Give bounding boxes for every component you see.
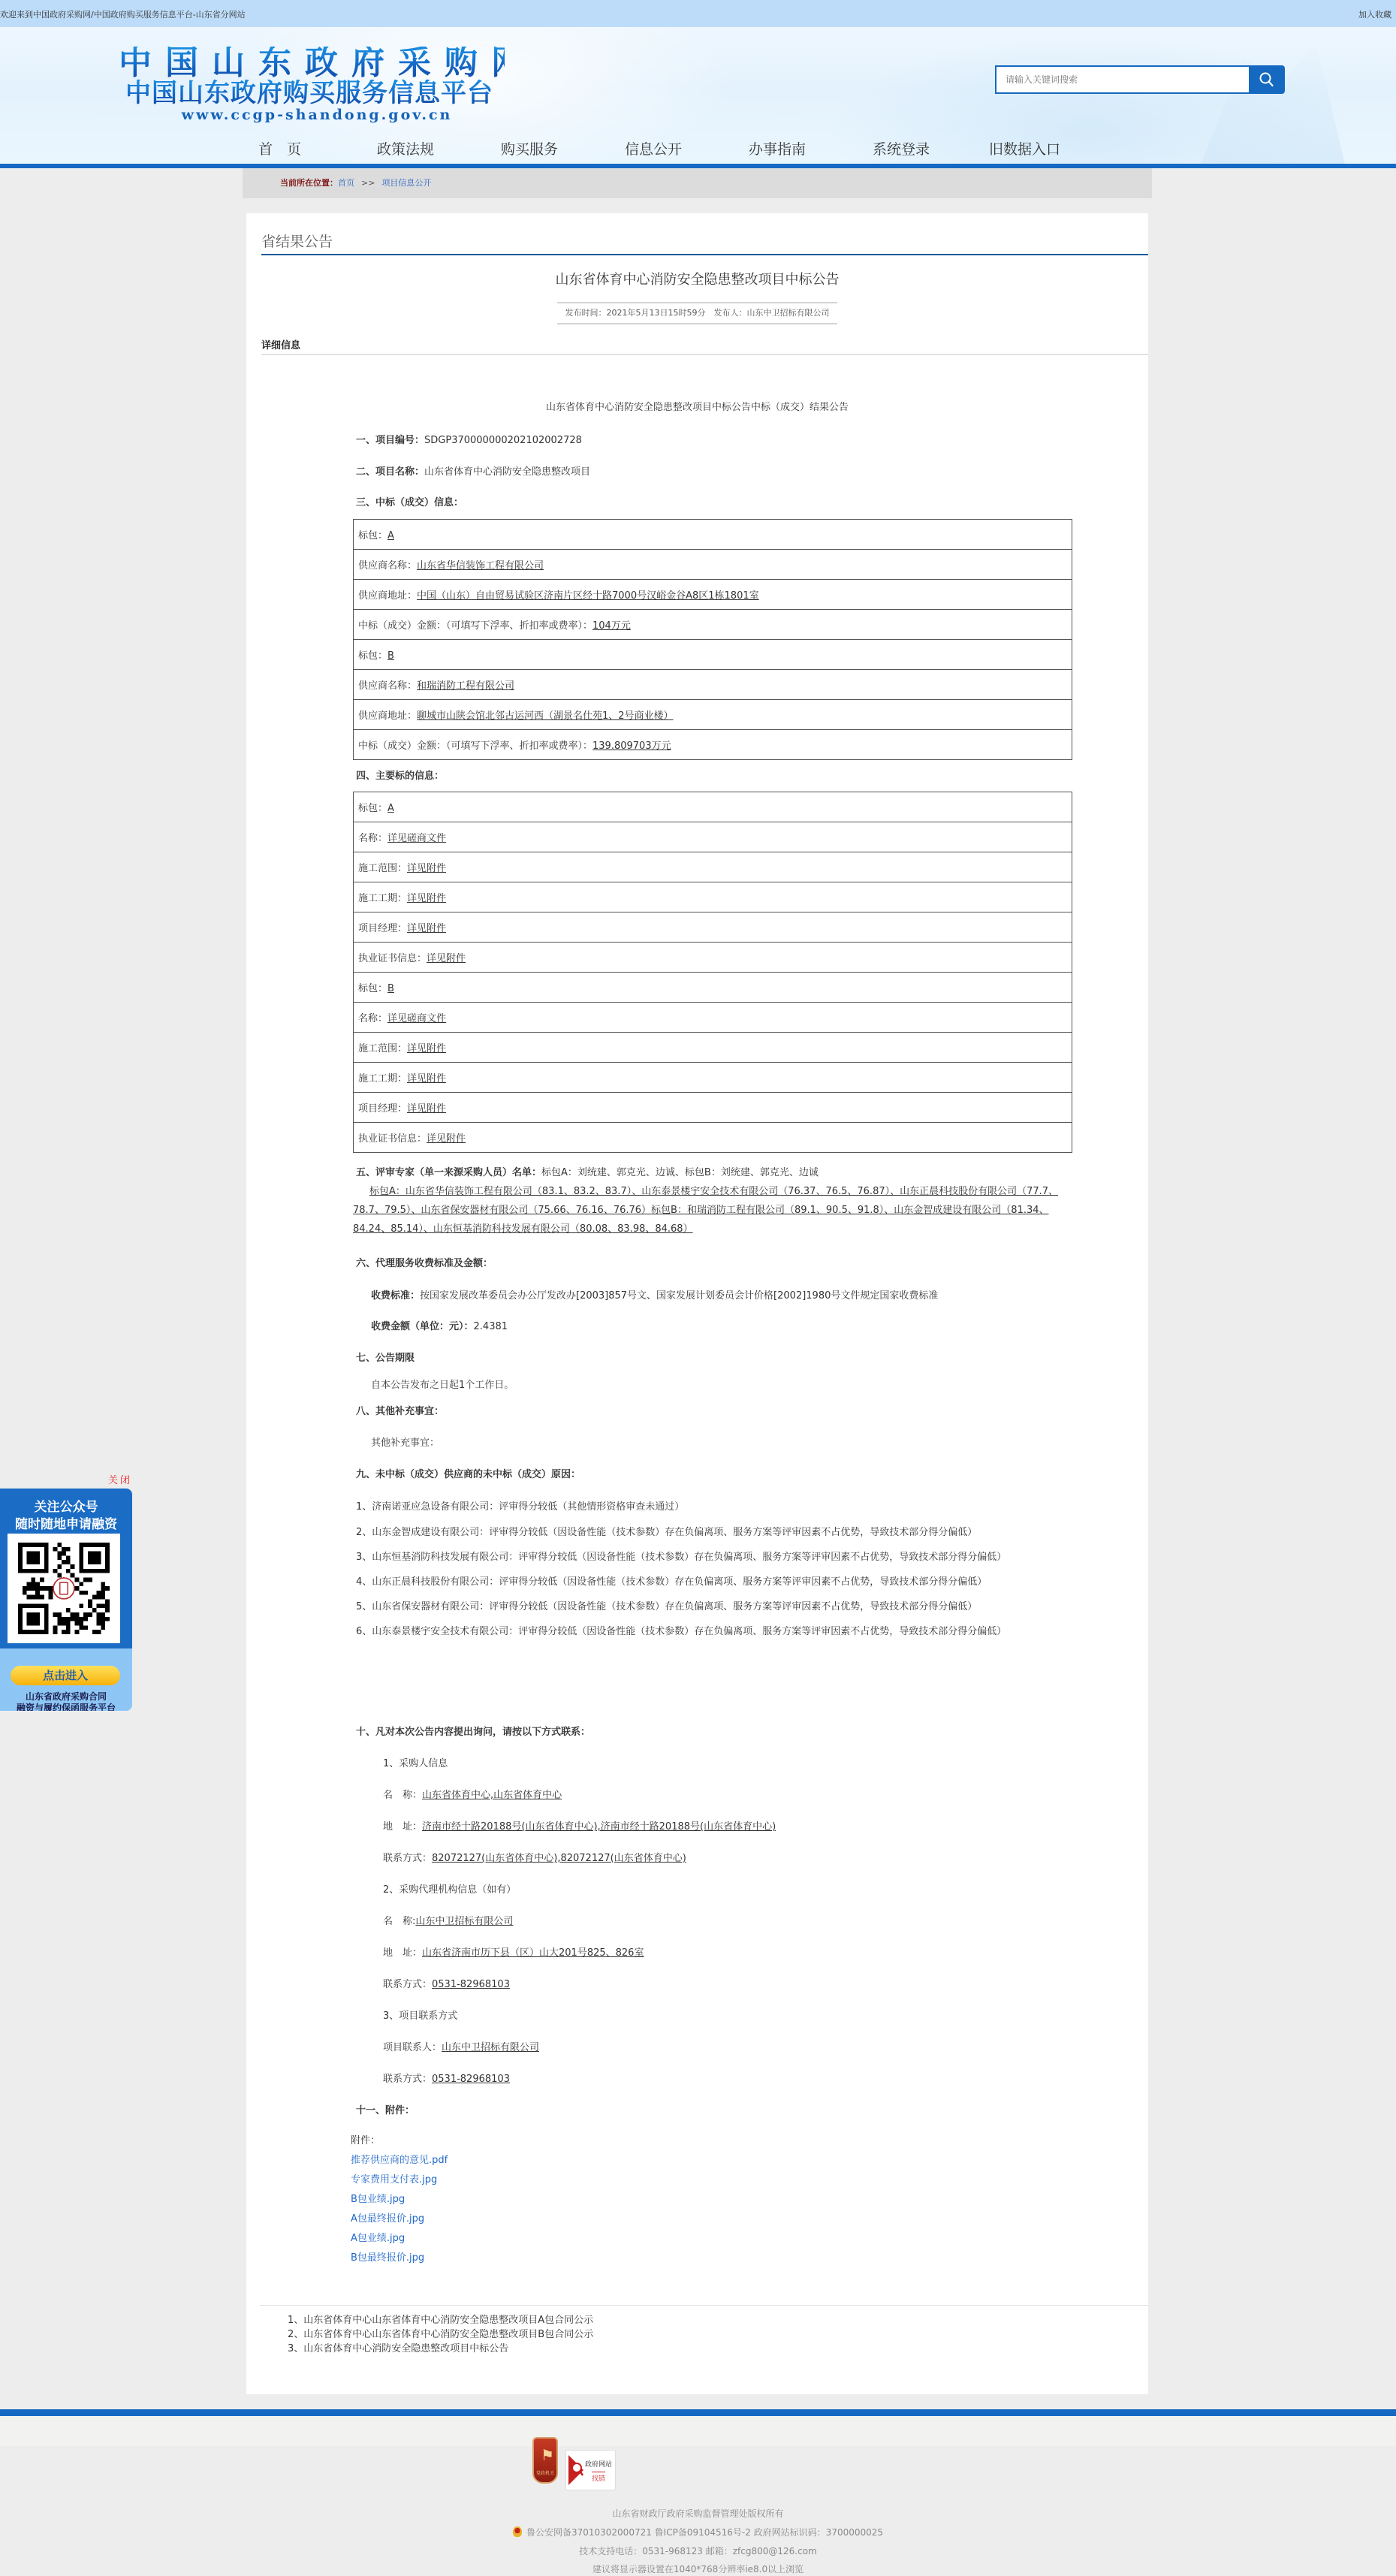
other-matters-text: 其他补充事宜： [371,1434,439,1449]
detail-heading: 详细信息 [261,337,1148,355]
publish-meta: 发布时间：2021年5月13日15时59分 发布人：山东中卫招标有限公司 [557,302,837,324]
police-badge-icon [513,2526,522,2537]
agency-contact: 联系方式：0531-82968103 [383,1976,510,1990]
row-value: 详见附件 [407,893,446,904]
logo-url: www.ccgp-shandong.gov.cn [129,107,505,123]
row-value: 详见磋商文件 [387,833,446,844]
search-bar [995,65,1285,94]
row-value: 详见附件 [407,1043,446,1054]
agency-fee-heading: 六、代理服务收费标准及金额： [356,1255,493,1269]
page-title: 山东省体育中心消防安全隐患整改项目中标公告 [246,269,1148,288]
agency-address: 地 址：山东省济南市历下县（区）山大201号825、826室 [383,1944,644,1959]
row-value: 详见附件 [407,1103,446,1115]
nav-home[interactable]: 首 页 [258,138,301,158]
table-cell: 执业证书信息：详见附件 [354,1123,1072,1153]
row-label: 项目经理： [358,1103,407,1115]
row-label: 名称： [358,833,387,844]
site-footer: 山东省财政厅政府采购监督管理处版权所有 鲁公安网备37010302000721 … [0,2446,1396,2576]
section-title: 省结果公告 [261,231,1148,255]
row-value: 中国（山东）自由贸易试验区济南片区经十路7000号汉峪金谷A8区1栋1801室 [417,590,759,602]
row-label: 标包： [358,650,387,662]
subject-row: 名称：详见磋商文件 [354,1003,1072,1033]
project-name-value: 山东省体育中心消防安全隐患整改项目 [424,466,590,478]
nav-purchase-service[interactable]: 购买服务 [501,138,558,158]
row-value: 139.809703万元 [592,741,671,752]
top-strip: 欢迎来到中国政府采购网/中国政府购买服务信息平台-山东省分网站 加入收藏 [0,0,1396,27]
ad-close-button[interactable]: 关闭 [108,1472,132,1486]
footer-record: 鲁公安网备37010302000721 鲁ICP备09104516号-2 政府网… [0,2526,1396,2538]
row-value: 和瑞消防工程有限公司 [417,680,514,692]
purchaser-name-label: 名 称： [383,1790,422,1801]
row-label: 施工工期： [358,893,407,904]
fee-amount-label: 收费金额（单位：元）： [371,1321,474,1332]
table-cell: 施工范围：详见附件 [354,852,1072,882]
award-row: 供应商名称：和瑞消防工程有限公司 [354,670,1072,700]
attachment-link[interactable]: B包最终报价.jpg [351,2249,424,2264]
site-header: 中国山东政府采购网 中国山东政府购买服务信息平台 www.ccgp-shando… [0,27,1396,164]
table-cell: 项目经理：详见附件 [354,912,1072,943]
agency-name-value: 山东中卫招标有限公司 [415,1916,513,1927]
footer-copyright: 山东省财政厅政府采购监督管理处版权所有 [0,2507,1396,2520]
row-label: 中标（成交）金额：（可填写下浮率、折扣率或费率）： [358,741,592,752]
purchaser-contact-value: 82072127(山东省体育中心),82072127(山东省体育中心) [432,1853,686,1864]
ad-title: 关注公众号 [0,1496,132,1515]
table-cell: 施工工期：详见附件 [354,1063,1072,1093]
search-icon [1259,71,1275,88]
content-panel: 省结果公告 山东省体育中心消防安全隐患整改项目中标公告 发布时间：2021年5月… [246,213,1148,2394]
attachment-link[interactable]: B包业绩.jpg [351,2191,405,2205]
subject-table: 标包：A名称：详见磋商文件施工范围：详见附件施工工期：详见附件项目经理：详见附件… [353,792,1072,1153]
table-cell: 中标（成交）金额：（可填写下浮率、折扣率或费率）：139.809703万元 [354,730,1072,760]
qr-code [8,1534,120,1643]
attachment-link[interactable]: 推荐供应商的意见.pdf [351,2152,448,2166]
subject-row: 执业证书信息：详见附件 [354,943,1072,973]
row-label: 标包： [358,803,387,814]
experts-label: 五、评审专家（单一来源采购人员）名单： [356,1167,541,1178]
subject-row: 项目经理：详见附件 [354,912,1072,943]
purchaser-address-label: 地 址： [383,1821,422,1832]
attachment-link[interactable]: A包最终报价.jpg [351,2210,424,2225]
subject-row: 标包：A [354,792,1072,822]
row-label: 项目经理： [358,923,407,934]
table-cell: 标包：B [354,640,1072,670]
table-cell: 施工范围：详见附件 [354,1033,1072,1063]
row-label: 执业证书信息： [358,1133,427,1145]
project-contact-person: 项目联系人：山东中卫招标有限公司 [383,2039,539,2053]
related-divider [260,2305,1148,2306]
project-contact-phone-label: 联系方式： [383,2074,432,2085]
subject-row: 施工工期：详见附件 [354,882,1072,912]
row-value: 详见附件 [427,1133,466,1145]
row-value: 详见附件 [407,923,446,934]
contact-heading: 十、凡对本次公告内容提出询问，请按以下方式联系： [356,1724,590,1738]
reason-item: 2、山东金智成建设有限公司：评审得分较低（因设备性能（技术参数）存在负偏离项、服… [356,1523,1072,1542]
ad-bottom-line2: 融资与履约保函服务平台 [0,1701,132,1711]
purchaser-name: 名 称：山东省体育中心,山东省体育中心 [383,1787,562,1801]
announcement-subtitle: 山东省体育中心消防安全隐患整改项目中标公告中标（成交）结果公告 [246,399,1148,413]
row-label: 供应商地址： [358,710,417,722]
agency-address-value: 山东省济南市历下县（区）山大201号825、826室 [422,1947,644,1959]
table-cell: 供应商地址：聊城市山陕会馆北邻古运河西（湖景名仕苑1、2号商业楼） [354,700,1072,730]
table-cell: 执业证书信息：详见附件 [354,943,1072,973]
project-contact-person-value: 山东中卫招标有限公司 [442,2042,539,2053]
nav-old-data[interactable]: 旧数据入口 [989,138,1060,158]
breadcrumb-current[interactable]: 项目信息公开 [381,178,431,188]
row-label: 中标（成交）金额：（可填写下浮率、折扣率或费率）： [358,620,592,632]
nav-policy[interactable]: 政策法规 [377,138,434,158]
fee-standard-label: 收费标准： [371,1290,420,1302]
reasons-container: 1、济南诺亚应急设备有限公司：评审得分较低（其他情形资格审查未通过）2、山东金智… [353,1498,1072,1647]
unsuccessful-reasons-heading: 九、未中标（成交）供应商的未中标（成交）原因： [356,1466,580,1480]
search-button[interactable] [1249,65,1285,94]
add-favorite-link[interactable]: 加入收藏 [1358,8,1391,20]
nav-login[interactable]: 系统登录 [873,138,930,158]
footer-support: 技术支持电话：0531-968123 邮箱：zfcg800@126.com [0,2544,1396,2557]
row-label: 供应商名称： [358,680,417,692]
agency-address-label: 地 址： [383,1947,422,1959]
experts-line: 五、评审专家（单一来源采购人员）名单：标包A：刘统建、郭克光、边诚、标包B：刘统… [356,1164,819,1178]
search-input[interactable] [995,65,1249,94]
nav-info-disclosure[interactable]: 信息公开 [625,138,682,158]
floating-ad: 关闭 关注公众号 随时随地申请融资 点击进入 山东省政府采购合同 融资与履约保函… [0,1472,132,1712]
subject-row: 施工范围：详见附件 [354,852,1072,882]
agency-name: 名 称:山东中卫招标有限公司 [383,1913,513,1927]
project-number: 一、项目编号：SDGP370000000202102002728 [356,432,582,446]
ad-card[interactable]: 关注公众号 随时随地申请融资 点击进入 山东省政府采购合同 融资与履约保函服务平… [0,1489,132,1711]
award-info-heading: 三、中标（成交）信息： [356,494,463,508]
purchaser-contact: 联系方式：82072127(山东省体育中心),82072127(山东省体育中心) [383,1850,686,1864]
subject-row: 施工范围：详见附件 [354,1033,1072,1063]
subject-info-heading: 四、主要标的信息： [356,768,444,782]
subject-row: 执业证书信息：详见附件 [354,1123,1072,1153]
related-link[interactable]: 2、山东省体育中心山东省体育中心消防安全隐患整改项目B包合同公示 [288,2326,593,2340]
row-value: 详见附件 [427,953,466,964]
award-row: 供应商地址：聊城市山陕会馆北邻古运河西（湖景名仕苑1、2号商业楼） [354,700,1072,730]
related-link[interactable]: 3、山东省体育中心消防安全隐患整改项目中标公告 [288,2340,508,2354]
ad-subtitle: 随时随地申请融资 [0,1513,132,1532]
award-row: 中标（成交）金额：（可填写下浮率、折扣率或费率）：139.809703万元 [354,730,1072,760]
row-label: 施工工期： [358,1073,407,1084]
purchaser-heading: 1、采购人信息 [383,1755,448,1769]
row-value: B [387,650,394,662]
table-cell: 名称：详见磋商文件 [354,1003,1072,1033]
notice-period-heading: 七、公告期限 [356,1350,415,1364]
row-label: 供应商地址： [358,590,417,602]
footer-divider [0,2409,1396,2416]
row-label: 标包： [358,530,387,541]
row-value: B [387,983,394,994]
site-logo[interactable]: 中国山东政府采购网 中国山东政府购买服务信息平台 www.ccgp-shando… [114,47,505,129]
project-contact-person-label: 项目联系人： [383,2042,442,2053]
purchaser-address-value: 济南市经十路20188号(山东省体育中心),济南市经十路20188号(山东省体育… [422,1821,776,1832]
logo-subtitle: 中国山东政府购买服务信息平台 [114,80,505,107]
project-number-label: 一、项目编号： [356,435,424,446]
agency-name-label: 名 称: [383,1916,415,1927]
agency-contact-value: 0531-82968103 [432,1979,510,1990]
award-row: 供应商名称：山东省华信装饰工程有限公司 [354,550,1072,580]
row-label: 标包： [358,983,387,994]
fee-standard: 收费标准：按国家发展改革委员会办公厅发改办[2003]857号文、国家发展计划委… [371,1287,938,1302]
attachments-label: 附件： [351,2132,380,2146]
notice-period-text: 自本公告发布之日起1个工作日。 [371,1377,514,1391]
attachment-link[interactable]: 专家费用支付表.jpg [351,2171,437,2185]
nav-guide[interactable]: 办事指南 [749,138,806,158]
award-row: 供应商地址：中国（山东）自由贸易试验区济南片区经十路7000号汉峪金谷A8区1栋… [354,580,1072,610]
row-value: 详见附件 [407,1073,446,1084]
breadcrumb: 当前所在位置：首页>>项目信息公开 [243,168,1152,198]
table-cell: 标包：A [354,792,1072,822]
row-label: 供应商名称： [358,560,417,572]
expert-scores: 标包A：山东省华信装饰工程有限公司（83.1、83.2、83.7）、山东泰景楼宇… [353,1182,1072,1238]
reason-item: 5、山东省保安器材有限公司：评审得分较低（因设备性能（技术参数）存在负偏离项、服… [356,1597,1072,1616]
project-contact-phone: 联系方式：0531-82968103 [383,2071,510,2085]
other-matters-heading: 八、其他补充事宜： [356,1403,444,1417]
fee-amount: 收费金额（单位：元）：2.4381 [371,1318,508,1332]
footer-band [0,2416,1396,2446]
subject-row: 项目经理：详见附件 [354,1093,1072,1123]
row-value: 聊城市山陕会馆北邻古运河西（湖景名仕苑1、2号商业楼） [417,710,674,722]
project-contact-phone-value: 0531-82968103 [432,2074,510,2085]
project-number-value: SDGP370000000202102002728 [424,435,582,446]
attachments-heading: 十一、附件： [356,2102,415,2116]
row-label: 执业证书信息： [358,953,427,964]
subject-row: 施工工期：详见附件 [354,1063,1072,1093]
agency-contact-label: 联系方式： [383,1979,432,1990]
row-value: 104万元 [592,620,631,632]
row-value: A [387,803,394,814]
table-cell: 供应商名称：山东省华信装饰工程有限公司 [354,550,1072,580]
row-value: 详见附件 [407,863,446,874]
main-nav: 首 页 政策法规 购买服务 信息公开 办事指南 系统登录 旧数据入口 [0,138,1396,164]
award-table: 标包：A供应商名称：山东省华信装饰工程有限公司供应商地址：中国（山东）自由贸易试… [353,519,1072,760]
breadcrumb-separator: >> [361,178,375,188]
footer-record-text[interactable]: 鲁公安网备37010302000721 鲁ICP备09104516号-2 政府网… [526,2527,883,2538]
experts-value: 标包A：刘统建、郭克光、边诚、标包B：刘统建、郭克光、边诚 [541,1167,819,1178]
table-cell: 标包：B [354,973,1072,1003]
breadcrumb-label: 当前所在位置： [280,178,338,188]
row-label: 施工范围： [358,1043,407,1054]
award-row: 标包：A [354,520,1072,550]
subject-row: 标包：B [354,973,1072,1003]
purchaser-address: 地 址：济南市经十路20188号(山东省体育中心),济南市经十路20188号(山… [383,1818,776,1832]
purchaser-contact-label: 联系方式： [383,1853,432,1864]
table-cell: 供应商地址：中国（山东）自由贸易试验区济南片区经十路7000号汉峪金谷A8区1栋… [354,580,1072,610]
row-label: 施工范围： [358,863,407,874]
subject-row: 名称：详见磋商文件 [354,822,1072,852]
breadcrumb-home[interactable]: 首页 [338,178,354,188]
reason-item: 1、济南诺亚应急设备有限公司：评审得分较低（其他情形资格审查未通过） [356,1498,1072,1516]
award-row: 中标（成交）金额：（可填写下浮率、折扣率或费率）：104万元 [354,610,1072,640]
row-value: 详见磋商文件 [387,1013,446,1024]
project-name: 二、项目名称：山东省体育中心消防安全隐患整改项目 [356,463,590,478]
logo-title: 中国山东政府采购网 [119,47,505,80]
fee-amount-value: 2.4381 [474,1321,508,1332]
agency-heading: 2、采购代理机构信息（如有） [383,1881,516,1896]
project-name-label: 二、项目名称： [356,466,424,478]
related-link[interactable]: 1、山东省体育中心山东省体育中心消防安全隐患整改项目A包合同公示 [288,2312,593,2326]
purchaser-name-value: 山东省体育中心,山东省体育中心 [422,1790,562,1801]
welcome-text: 欢迎来到中国政府采购网/中国政府购买服务信息平台-山东省分网站 [0,8,246,20]
table-cell: 项目经理：详见附件 [354,1093,1072,1123]
row-value: 山东省华信装饰工程有限公司 [417,560,544,572]
ad-enter-button[interactable]: 点击进入 [11,1666,120,1685]
table-cell: 施工工期：详见附件 [354,882,1072,912]
reason-item: 4、山东正晨科技股份有限公司：评审得分较低（因设备性能（技术参数）存在负偏离项、… [356,1573,1072,1591]
project-contact-heading: 3、项目联系方式 [383,2007,457,2022]
reason-item: 6、山东泰景楼宇安全技术有限公司：评审得分较低（因设备性能（技术参数）存在负偏离… [356,1622,1072,1641]
row-value: A [387,530,394,541]
award-row: 标包：B [354,640,1072,670]
row-label: 名称： [358,1013,387,1024]
attachment-link[interactable]: A包业绩.jpg [351,2230,405,2244]
table-cell: 名称：详见磋商文件 [354,822,1072,852]
table-cell: 标包：A [354,520,1072,550]
reason-item: 3、山东恒基消防科技发展有限公司：评审得分较低（因设备性能（技术参数）存在负偏离… [356,1548,1072,1567]
footer-advice: 建议将显示器设置在1040*768分辨率ie8.0以上浏览 [0,2562,1396,2575]
table-cell: 中标（成交）金额：（可填写下浮率、折扣率或费率）：104万元 [354,610,1072,640]
table-cell: 供应商名称：和瑞消防工程有限公司 [354,670,1072,700]
fee-standard-value: 按国家发展改革委员会办公厅发改办[2003]857号文、国家发展计划委员会计价格… [420,1290,938,1302]
